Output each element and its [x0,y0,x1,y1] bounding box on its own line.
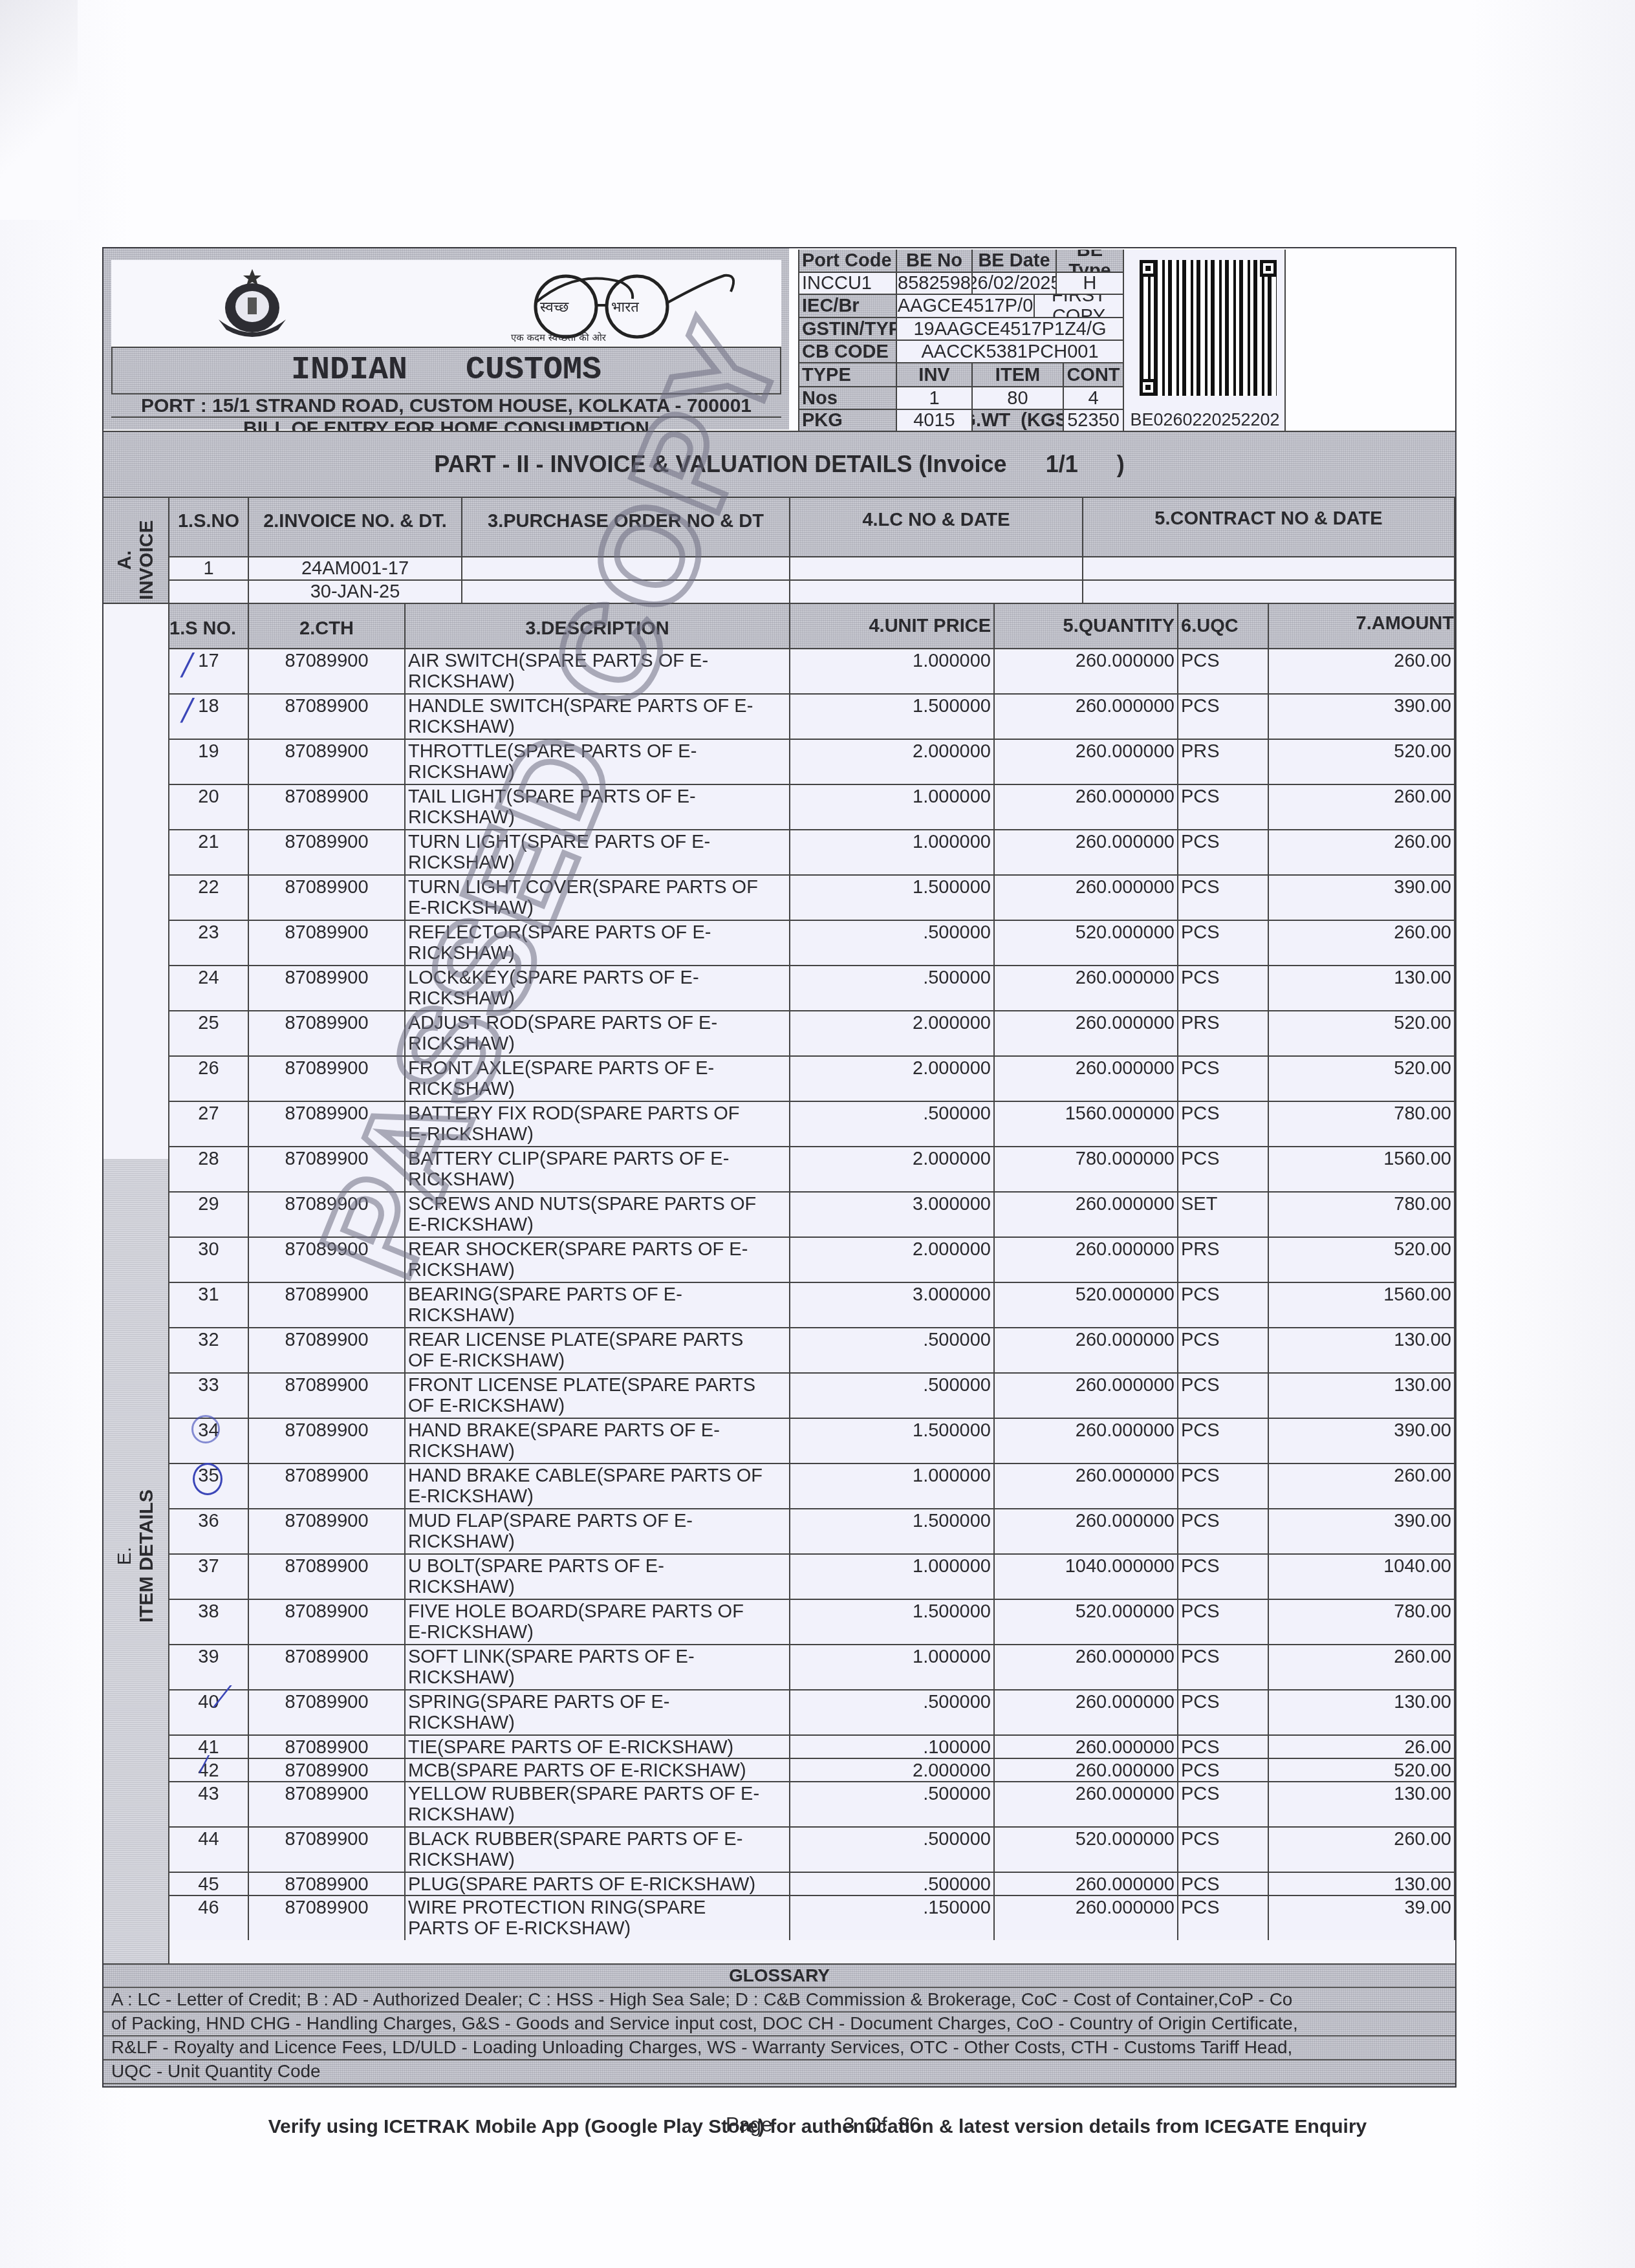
item-description-line: FIVE HOLE BOARD(SPARE PARTS OF [408,1601,744,1622]
item-quantity: 520.000000 [995,1600,1178,1645]
item-unit-price: 1.500000 [790,1509,995,1555]
item-cth: 87089900 [249,1759,406,1782]
item-unit-price: .500000 [790,1782,995,1828]
item-quantity: 260.000000 [995,649,1178,695]
po-blank [462,581,790,604]
item-unit-price: .100000 [790,1736,995,1759]
item-amount: 130.00 [1269,1328,1455,1374]
item-uqc: PCS [1178,1828,1269,1873]
qr-code-icon [1140,260,1277,396]
item-description-line: MUD FLAP(SPARE PARTS OF E- [408,1511,693,1531]
items-header-unit-price: 4.UNIT PRICE [790,604,995,649]
item-description-line: OF E-RICKSHAW) [408,1350,565,1371]
item-details-section-label: E. ITEM DETAILS [114,1459,158,1653]
item-cth: 87089900 [249,649,406,695]
nos-inv-value: 1 [897,387,973,410]
item-uqc: PCS [1178,966,1269,1011]
copy-label: FIRST COPY [1035,295,1124,318]
label-iec: IEC/Br [799,295,897,318]
item-quantity: 260.000000 [995,966,1178,1011]
item-description-line: SOFT LINK(SPARE PARTS OF E- [408,1647,695,1667]
be-info-table: Port Code BE No BE Date BE Type INCCU1 8… [798,250,1284,431]
item-uqc: PCS [1178,1509,1269,1555]
item-quantity: 260.000000 [995,830,1178,876]
item-description-line: TAIL LIGHT(SPARE PARTS OF E- [408,786,696,807]
item-uqc: SET [1178,1193,1269,1238]
item-uqc: PCS [1178,876,1269,921]
invoice-header-invoice-no: 2.INVOICE NO. & DT. [249,498,462,557]
item-unit-price: 2.000000 [790,1011,995,1057]
qr-finder-icon [1260,260,1277,277]
item-description: REAR LICENSE PLATE(SPARE PARTSOF E-RICKS… [406,1328,790,1374]
item-description-line: RICKSHAW) [408,852,515,873]
handwritten-tick-18: / [182,692,193,727]
item-description: ADJUST ROD(SPARE PARTS OF E-RICKSHAW) [406,1011,790,1057]
item-description-line: REFLECTOR(SPARE PARTS OF E- [408,922,711,943]
item-unit-price: 1.000000 [790,1464,995,1509]
item-description-line: E-RICKSHAW) [408,1622,534,1643]
item-cth: 87089900 [249,1690,406,1736]
items-header-sno: 1.S NO. [169,604,249,649]
item-amount: 130.00 [1269,1782,1455,1828]
item-unit-price: 1.000000 [790,785,995,830]
item-description-line: TURN LIGHT(SPARE PARTS OF E- [408,832,710,852]
item-sno: 33 [169,1374,249,1419]
item-description-line: RICKSHAW) [408,807,515,828]
item-description-line: RICKSHAW) [408,717,515,737]
item-sno: 30 [169,1238,249,1283]
item-sno: 25 [169,1011,249,1057]
item-quantity: 260.000000 [995,1057,1178,1102]
item-sno: 38 [169,1600,249,1645]
label-be-type: BE Type [1057,250,1124,273]
item-amount: 520.00 [1269,1238,1455,1283]
item-cth: 87089900 [249,1464,406,1509]
label-nos: Nos [799,387,897,410]
item-uqc: PCS [1178,1555,1269,1600]
item-amount: 780.00 [1269,1102,1455,1147]
item-uqc: PCS [1178,1645,1269,1690]
item-sno: 27 [169,1102,249,1147]
lc-blank [790,581,1083,604]
item-uqc: PCS [1178,1464,1269,1509]
item-description: FRONT AXLE(SPARE PARTS OF E-RICKSHAW) [406,1057,790,1102]
glossary-line: A : LC - Letter of Credit; B : AD - Auth… [103,1988,1455,2013]
item-description-line: RICKSHAW) [408,1033,515,1054]
item-amount: 390.00 [1269,876,1455,921]
item-unit-price: 3.000000 [790,1193,995,1238]
item-quantity: 520.000000 [995,1283,1178,1328]
item-description-line: HAND BRAKE CABLE(SPARE PARTS OF [408,1465,763,1486]
swachh-tagline: एक कदम स्वच्छता की ओर [511,331,606,344]
item-uqc: PCS [1178,695,1269,740]
part-title-bar: PART - II - INVOICE & VALUATION DETAILS … [103,431,1455,498]
item-sno: 20 [169,785,249,830]
item-uqc: PCS [1178,1873,1269,1896]
item-quantity: 520.000000 [995,1828,1178,1873]
nos-item-value: 80 [973,387,1064,410]
item-uqc: PCS [1178,649,1269,695]
item-unit-price: .500000 [790,1828,995,1873]
item-description-line: FRONT LICENSE PLATE(SPARE PARTS [408,1375,755,1396]
item-sno: 23 [169,921,249,966]
part-title: PART - II - INVOICE & VALUATION DETAILS … [103,432,1455,497]
item-sno: 31 [169,1283,249,1328]
item-cth: 87089900 [249,740,406,785]
item-description-line: ADJUST ROD(SPARE PARTS OF E- [408,1013,717,1033]
item-amount: 1560.00 [1269,1147,1455,1193]
glossary-line: UQC - Unit Quantity Code [103,2060,1455,2084]
handwritten-tick-42: / [200,1751,208,1777]
item-quantity: 260.000000 [995,1464,1178,1509]
item-description-line: SCREWS AND NUTS(SPARE PARTS OF [408,1194,756,1215]
item-cth: 87089900 [249,921,406,966]
swachh-right-text: भारत [611,297,639,316]
item-quantity: 260.000000 [995,1374,1178,1419]
item-quantity: 260.000000 [995,1896,1178,1941]
item-description: REFLECTOR(SPARE PARTS OF E-RICKSHAW) [406,921,790,966]
item-unit-price: 1.500000 [790,876,995,921]
item-sno: 21 [169,830,249,876]
item-description: BEARING(SPARE PARTS OF E-RICKSHAW) [406,1283,790,1328]
item-description: SOFT LINK(SPARE PARTS OF E-RICKSHAW) [406,1645,790,1690]
item-cth: 87089900 [249,1193,406,1238]
item-description-line: SPRING(SPARE PARTS OF E- [408,1692,669,1712]
item-description-line: WIRE PROTECTION RING(SPARE [408,1897,706,1918]
item-description-line: RICKSHAW) [408,1531,515,1552]
label-be-no: BE No [897,250,973,273]
item-description-line: RICKSHAW) [408,1305,515,1326]
item-amount: 520.00 [1269,1011,1455,1057]
invoice-section-title: INVOICE [136,520,157,599]
be-date-value: 26/02/2025 [973,273,1057,295]
item-amount: 780.00 [1269,1600,1455,1645]
item-sno: 39 [169,1645,249,1690]
item-amount: 39.00 [1269,1896,1455,1941]
label-be-date: BE Date [973,250,1057,273]
item-amount: 520.00 [1269,1057,1455,1102]
item-description-line: RICKSHAW) [408,762,515,783]
item-quantity: 260.000000 [995,1193,1178,1238]
item-description: MCB(SPARE PARTS OF E-RICKSHAW) [406,1759,790,1782]
item-quantity: 260.000000 [995,1238,1178,1283]
item-amount: 390.00 [1269,695,1455,740]
item-cth: 87089900 [249,1374,406,1419]
item-description: TURN LIGHT COVER(SPARE PARTS OFE-RICKSHA… [406,876,790,921]
items-header-cth: 2.CTH [249,604,406,649]
item-description-line: RICKSHAW) [408,671,515,692]
item-amount: 130.00 [1269,966,1455,1011]
item-unit-price: .150000 [790,1896,995,1941]
item-description-line: RICKSHAW) [408,1804,515,1825]
invoice-header-sno: 1.S.NO [169,498,249,557]
item-sno: 36 [169,1509,249,1555]
qr-finder-icon [1140,260,1156,277]
item-quantity: 1040.000000 [995,1555,1178,1600]
item-uqc: PCS [1178,830,1269,876]
item-description-line: E-RICKSHAW) [408,1215,534,1235]
item-uqc: PRS [1178,1238,1269,1283]
item-description-line: RICKSHAW) [408,1079,515,1099]
item-amount: 260.00 [1269,1464,1455,1509]
item-unit-price: 1.000000 [790,1645,995,1690]
item-description-line: RICKSHAW) [408,1850,515,1870]
item-cth: 87089900 [249,1736,406,1759]
item-description-line: RICKSHAW) [408,988,515,1009]
invoice-header-lc: 4.LC NO & DATE [790,498,1083,557]
item-description-line: U BOLT(SPARE PARTS OF E- [408,1556,664,1577]
item-sno: 43 [169,1782,249,1828]
iec-value: AAGCE4517P/0 [897,295,1035,318]
handwritten-tick-17: / [182,647,193,682]
item-cth: 87089900 [249,1419,406,1464]
item-amount: 520.00 [1269,740,1455,785]
item-amount: 260.00 [1269,830,1455,876]
items-table-filler [169,1940,1455,1963]
item-unit-price: .500000 [790,1690,995,1736]
item-description-line: BATTERY FIX ROD(SPARE PARTS OF [408,1103,739,1124]
gross-weight-value: 52350 [1064,410,1124,432]
item-sno: 22 [169,876,249,921]
handwritten-tick-40: ⁄ [220,1681,224,1714]
item-cth: 87089900 [249,1896,406,1941]
label-port-code: Port Code [799,250,897,273]
handwritten-circle-35 [193,1463,222,1495]
item-description: BLACK RUBBER(SPARE PARTS OF E-RICKSHAW) [406,1828,790,1873]
item-description: FRONT LICENSE PLATE(SPARE PARTSOF E-RICK… [406,1374,790,1419]
item-description: FIVE HOLE BOARD(SPARE PARTS OFE-RICKSHAW… [406,1600,790,1645]
item-unit-price: 1.000000 [790,649,995,695]
item-unit-price: 2.000000 [790,1147,995,1193]
invoice-section-letter: A. [114,550,135,570]
item-cth: 87089900 [249,1147,406,1193]
item-sno: 24 [169,966,249,1011]
item-uqc: PCS [1178,1283,1269,1328]
item-description-line: REAR SHOCKER(SPARE PARTS OF E- [408,1239,748,1260]
item-unit-price: 2.000000 [790,1057,995,1102]
item-sno: 45 [169,1873,249,1896]
item-cth: 87089900 [249,1283,406,1328]
item-uqc: PCS [1178,1600,1269,1645]
item-cth: 87089900 [249,1645,406,1690]
label-cb-code: CB CODE [799,341,897,363]
item-description-line: PLUG(SPARE PARTS OF E-RICKSHAW) [408,1874,755,1895]
item-cth: 87089900 [249,1102,406,1147]
item-description: PLUG(SPARE PARTS OF E-RICKSHAW) [406,1873,790,1896]
item-amount: 390.00 [1269,1419,1455,1464]
item-description-line: REAR LICENSE PLATE(SPARE PARTS [408,1330,743,1350]
item-description: LOCK&KEY(SPARE PARTS OF E-RICKSHAW) [406,966,790,1011]
item-sno: 17 [169,649,249,695]
qr-caption: BE0260220252202 [1124,409,1286,431]
item-description-line: TIE(SPARE PARTS OF E-RICKSHAW) [408,1737,733,1758]
item-quantity: 260.000000 [995,695,1178,740]
item-unit-price: 1.000000 [790,830,995,876]
item-description: MUD FLAP(SPARE PARTS OF E-RICKSHAW) [406,1509,790,1555]
item-quantity: 260.000000 [995,740,1178,785]
item-quantity: 260.000000 [995,1645,1178,1690]
item-unit-price: 2.000000 [790,740,995,785]
item-quantity: 260.000000 [995,1759,1178,1782]
item-description-line: BEARING(SPARE PARTS OF E- [408,1284,682,1305]
label-gross-weight: G.WT (KGS) [973,410,1064,432]
item-amount: 390.00 [1269,1509,1455,1555]
item-description: SCREWS AND NUTS(SPARE PARTS OFE-RICKSHAW… [406,1193,790,1238]
label-item: ITEM [973,363,1064,387]
item-sno: 18 [169,695,249,740]
item-cth: 87089900 [249,1828,406,1873]
item-unit-price: 1.500000 [790,1419,995,1464]
item-sno: 41 [169,1736,249,1759]
item-unit-price: 2.000000 [790,1759,995,1782]
item-amount: 26.00 [1269,1736,1455,1759]
label-cont: CONT [1064,363,1124,387]
item-description: BATTERY CLIP(SPARE PARTS OF E-RICKSHAW) [406,1147,790,1193]
title-box: INDIAN CUSTOMS [111,347,781,394]
item-sno: 46 [169,1896,249,1941]
item-quantity: 260.000000 [995,1690,1178,1736]
item-description: TIE(SPARE PARTS OF E-RICKSHAW) [406,1736,790,1759]
contract-value [1083,557,1455,581]
item-unit-price: 1.500000 [790,695,995,740]
item-sno: 28 [169,1147,249,1193]
item-description-line: E-RICKSHAW) [408,1124,534,1145]
item-amount: 520.00 [1269,1759,1455,1782]
item-cth: 87089900 [249,785,406,830]
item-uqc: PCS [1178,1896,1269,1941]
item-description: WIRE PROTECTION RING(SPAREPARTS OF E-RIC… [406,1896,790,1941]
item-description-line: TURN LIGHT COVER(SPARE PARTS OF [408,877,758,898]
item-sno: 19 [169,740,249,785]
items-header-amount: 7.AMOUNT [1269,604,1455,649]
item-unit-price: 1.000000 [790,1555,995,1600]
items-header-description: 3.DESCRIPTION [406,604,790,649]
item-description-line: LOCK&KEY(SPARE PARTS OF E- [408,967,699,988]
item-sno: 42 [169,1759,249,1782]
item-description-line: RICKSHAW) [408,1260,515,1280]
invoice-section-label: A. INVOICE [114,502,158,618]
glossary-lines: A : LC - Letter of Credit; B : AD - Auth… [103,1988,1455,2085]
item-description: HANDLE SWITCH(SPARE PARTS OF E-RICKSHAW) [406,695,790,740]
item-unit-price: 1.500000 [790,1600,995,1645]
item-description-line: E-RICKSHAW) [408,1486,534,1507]
item-cth: 87089900 [249,1011,406,1057]
item-description-line: RICKSHAW) [408,1169,515,1190]
item-description: HAND BRAKE(SPARE PARTS OF E-RICKSHAW) [406,1419,790,1464]
item-description-line: BATTERY CLIP(SPARE PARTS OF E- [408,1149,729,1169]
item-unit-price: .500000 [790,921,995,966]
contract-blank [1083,581,1455,604]
item-uqc: PCS [1178,1690,1269,1736]
qr-finder-icon [1140,379,1156,396]
item-description: YELLOW RUBBER(SPARE PARTS OF E-RICKSHAW) [406,1782,790,1828]
item-sno: 29 [169,1193,249,1238]
item-cth: 87089900 [249,830,406,876]
invoice-number: 24AM001-17 [249,557,462,581]
item-amount: 130.00 [1269,1690,1455,1736]
item-uqc: PRS [1178,1011,1269,1057]
item-uqc: PRS [1178,740,1269,785]
item-quantity: 260.000000 [995,1419,1178,1464]
item-description-line: THROTTLE(SPARE PARTS OF E- [408,741,697,762]
item-cth: 87089900 [249,1238,406,1283]
item-description: U BOLT(SPARE PARTS OF E-RICKSHAW) [406,1555,790,1600]
item-quantity: 1560.000000 [995,1102,1178,1147]
item-quantity: 260.000000 [995,1782,1178,1828]
items-section-title: ITEM DETAILS [136,1489,157,1623]
item-cth: 87089900 [249,876,406,921]
item-amount: 1040.00 [1269,1555,1455,1600]
item-description: THROTTLE(SPARE PARTS OF E-RICKSHAW) [406,740,790,785]
glossary-line: R&LF - Royalty and Licence Fees, LD/ULD … [103,2036,1455,2060]
port-code-value: INCCU1 [799,273,897,295]
invoice-date: 30-JAN-25 [249,581,462,604]
item-sno: 32 [169,1328,249,1374]
item-cth: 87089900 [249,1555,406,1600]
item-unit-price: .500000 [790,1873,995,1896]
item-amount: 780.00 [1269,1193,1455,1238]
item-quantity: 780.000000 [995,1147,1178,1193]
items-header-quantity: 5.QUANTITY [995,604,1178,649]
be-no-value: 8582598 [897,273,973,295]
invoice-side-label: A. INVOICE [103,498,169,604]
item-description-line: RICKSHAW) [408,1712,515,1733]
item-cth: 87089900 [249,1873,406,1896]
item-quantity: 260.000000 [995,785,1178,830]
invoice-header-po: 3.PURCHASE ORDER NO & DT [462,498,790,557]
label-gstin: GSTIN/TYPE [799,318,897,341]
item-amount: 260.00 [1269,649,1455,695]
item-description-line: AIR SWITCH(SPARE PARTS OF E- [408,651,708,671]
item-uqc: PCS [1178,1736,1269,1759]
customs-emblem-icon [213,268,291,344]
header-banner: स्वच्छ भारत एक कदम स्वच्छता की ओर INDIAN… [103,248,789,429]
swachh-left-text: स्वच्छ [540,297,568,316]
item-description: BATTERY FIX ROD(SPARE PARTS OFE-RICKSHAW… [406,1102,790,1147]
verify-note: Verify using ICETRAK Mobile App (Google … [0,2116,1635,2138]
item-description-line: BLACK RUBBER(SPARE PARTS OF E- [408,1829,742,1850]
item-amount: 1560.00 [1269,1283,1455,1328]
item-uqc: PCS [1178,1374,1269,1419]
item-quantity: 260.000000 [995,1736,1178,1759]
item-amount: 130.00 [1269,1374,1455,1419]
item-description: TURN LIGHT(SPARE PARTS OF E-RICKSHAW) [406,830,790,876]
handwritten-circle-34 [191,1415,220,1443]
item-cth: 87089900 [249,1600,406,1645]
nos-cont-value: 4 [1064,387,1124,410]
item-amount: 260.00 [1269,1828,1455,1873]
item-description-line: PARTS OF E-RICKSHAW) [408,1918,631,1939]
item-uqc: PCS [1178,1147,1269,1193]
item-description-line: RICKSHAW) [408,1667,515,1688]
item-description-line: MCB(SPARE PARTS OF E-RICKSHAW) [408,1760,746,1781]
item-cth: 87089900 [249,1057,406,1102]
glossary-line: of Packing, HND CHG - Handling Charges, … [103,2012,1455,2036]
item-quantity: 520.000000 [995,921,1178,966]
item-quantity: 260.000000 [995,1509,1178,1555]
item-quantity: 260.000000 [995,1011,1178,1057]
be-type-value: H [1057,273,1124,295]
item-unit-price: 2.000000 [790,1238,995,1283]
item-unit-price: .500000 [790,966,995,1011]
items-side-label: E. ITEM DETAILS [103,1159,169,1963]
item-cth: 87089900 [249,1782,406,1828]
item-unit-price: .500000 [790,1374,995,1419]
item-description: AIR SWITCH(SPARE PARTS OF E-RICKSHAW) [406,649,790,695]
item-cth: 87089900 [249,695,406,740]
item-amount: 130.00 [1269,1873,1455,1896]
glossary: GLOSSARY A : LC - Letter of Credit; B : … [103,1963,1455,2086]
